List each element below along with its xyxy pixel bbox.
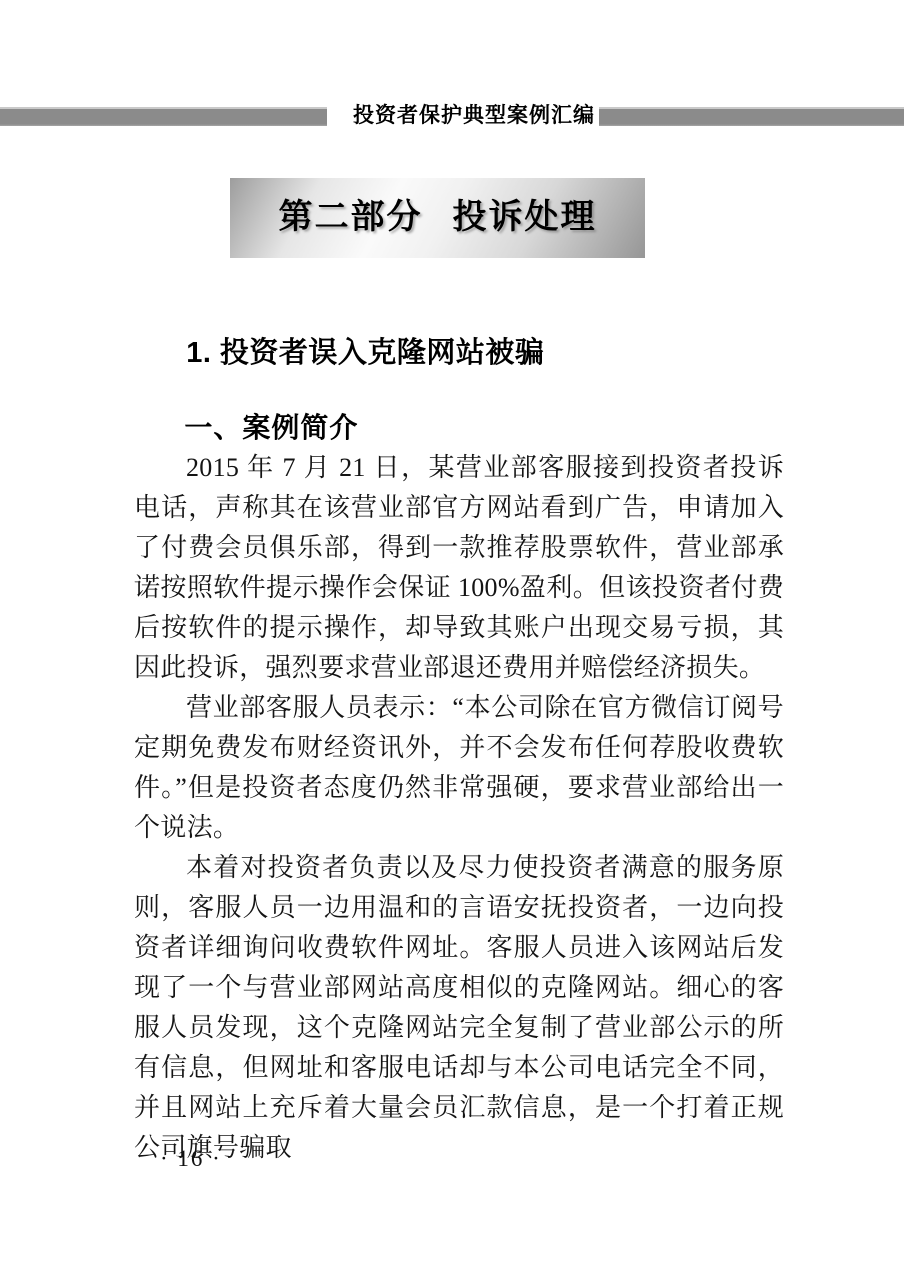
header-rule-left <box>0 107 327 126</box>
header-rule-right <box>599 107 904 126</box>
body-paragraph: 营业部客服人员表示：“本公司除在官方微信订阅号定期免费发布财经资讯外，并不会发布… <box>134 688 784 848</box>
body-paragraph: 本着对投资者负责以及尽力使投资者满意的服务原则，客服人员一边用温和的言语安抚投资… <box>134 848 784 1168</box>
part-banner-label: 第二部分 <box>279 201 423 235</box>
article-body: 1. 投资者误入克隆网站被骗 一、案例简介 2015 年 7 月 21 日，某营… <box>134 337 784 1168</box>
part-banner-title: 投诉处理 <box>453 201 597 235</box>
page-number: · 16 · <box>160 1146 222 1172</box>
running-header-title: 投资者保护典型案例汇编 <box>353 106 595 126</box>
body-paragraph: 2015 年 7 月 21 日，某营业部客服接到投资者投诉电话，声称其在该营业部… <box>134 448 784 688</box>
book-page: 投资者保护典型案例汇编 第二部分 投诉处理 1. 投资者误入克隆网站被骗 一、案… <box>0 0 904 1276</box>
running-header: 投资者保护典型案例汇编 <box>0 106 904 126</box>
section-heading: 1. 投资者误入克隆网站被骗 <box>134 337 784 369</box>
part-banner: 第二部分 投诉处理 <box>230 178 645 258</box>
subsection-heading: 一、案例简介 <box>134 413 784 443</box>
